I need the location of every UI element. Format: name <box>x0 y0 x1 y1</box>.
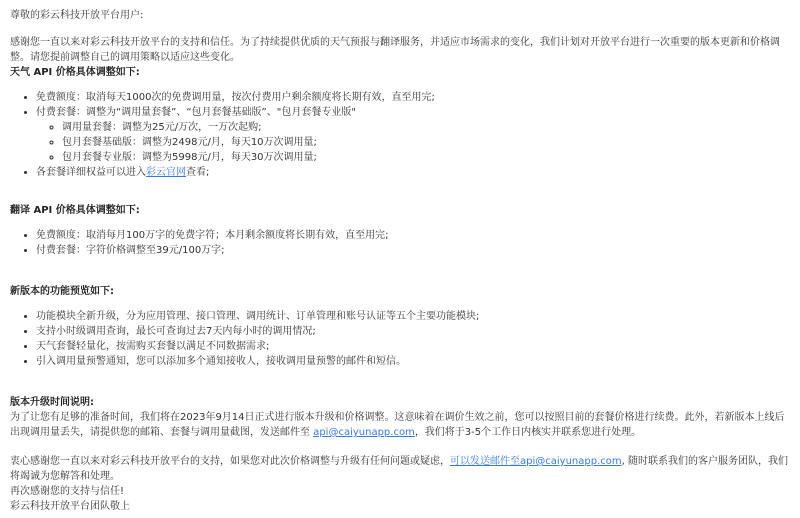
weather-sub-list: 调用量套餐：调整为25元/万次，一万次起购; 包月套餐基础版：调整为2498元/… <box>36 120 790 165</box>
list-item: 各套餐详细权益可以进入彩云官网查看; <box>36 165 790 180</box>
sub-list-item: 包月套餐专业版：调整为5998元/月，每天30万次调用量; <box>62 150 790 165</box>
list-item: 免费额度：取消每天1000次的免费调用量，按次付费用户剩余额度将长期有效，直至用… <box>36 90 790 105</box>
list-item: 天气套餐轻量化，按需购买套餐以满足不同数据需求; <box>36 339 790 354</box>
thanks-line: 再次感谢您的支持与信任! <box>10 484 790 499</box>
support-email-link[interactable]: api@caiyunapp.com <box>313 427 415 438</box>
weather-section-title: 天气 API 价格具体调整如下: <box>10 65 790 80</box>
list-item-text: 付费套餐：调整为“调用量套餐”、“包月套餐基础版”、"包月套餐专业版" <box>36 107 356 118</box>
signature-line: 彩云科技开放平台团队敬上 <box>10 499 790 514</box>
schedule-section-title: 版本升级时间说明: <box>10 395 790 410</box>
translate-section-title: 翻译 API 价格具体调整如下: <box>10 203 790 218</box>
list-item: 支持小时级调用查询，最长可查询过去7天内每小时的调用情况; <box>36 324 790 339</box>
closing-paragraph: 衷心感谢您一直以来对彩云科技开放平台的支持，如果您对此次价格调整与升级有任何问题… <box>10 454 790 484</box>
list-item: 付费套餐：字符价格调整至39元/100万字; <box>36 243 790 258</box>
sub-list-item: 调用量套餐：调整为25元/万次，一万次起购; <box>62 120 790 135</box>
spacer <box>10 440 790 454</box>
spacer <box>10 258 790 284</box>
announcement-document: 尊敬的彩云科技开放平台用户: 感谢您一直以来对彩云科技开放平台的支持和信任。为了… <box>0 0 800 514</box>
greeting: 尊敬的彩云科技开放平台用户: <box>10 8 790 23</box>
translate-list: 免费额度：取消每月100万字的免费字符；本月剩余额度将长期有效，直至用完; 付费… <box>10 228 790 258</box>
list-item: 付费套餐：调整为“调用量套餐”、“包月套餐基础版”、"包月套餐专业版" 调用量套… <box>36 105 790 165</box>
closing-text: 衷心感谢您一直以来对彩云科技开放平台的支持，如果您对此次价格调整与升级有任何问题… <box>10 456 450 467</box>
list-item: 功能模块全新升级，分为应用管理、接口管理、调用统计、订单管理和账号认证等五个主要… <box>36 309 790 324</box>
sub-list-item: 包月套餐基础版：调整为2498元/月，每天10万次调用量; <box>62 135 790 150</box>
contact-email-link[interactable]: 可以发送邮件至api@caiyunapp.com <box>450 456 622 467</box>
schedule-paragraph: 为了让您有足够的准备时间，我们将在2023年9月14日正式进行版本升级和价格调整… <box>10 410 790 440</box>
weather-list: 免费额度：取消每天1000次的免费调用量，按次付费用户剩余额度将长期有效，直至用… <box>10 90 790 180</box>
features-section-title: 新版本的功能预览如下: <box>10 284 790 299</box>
list-item-text: 查看; <box>186 167 209 178</box>
spacer <box>10 180 790 203</box>
schedule-text: ，我们将于3-5个工作日内核实并联系您进行处理。 <box>415 427 641 438</box>
list-item: 引入调用量预警通知，您可以添加多个通知接收人，接收调用量预警的邮件和短信。 <box>36 354 790 369</box>
list-item: 免费额度：取消每月100万字的免费字符；本月剩余额度将长期有效，直至用完; <box>36 228 790 243</box>
spacer <box>10 369 790 395</box>
list-item-text: 各套餐详细权益可以进入 <box>36 167 146 178</box>
caiyun-website-link[interactable]: 彩云官网 <box>146 167 186 178</box>
features-list: 功能模块全新升级，分为应用管理、接口管理、调用统计、订单管理和账号认证等五个主要… <box>10 309 790 369</box>
intro-paragraph: 感谢您一直以来对彩云科技开放平台的支持和信任。为了持续提供优质的天气预报与翻译服… <box>10 35 790 65</box>
